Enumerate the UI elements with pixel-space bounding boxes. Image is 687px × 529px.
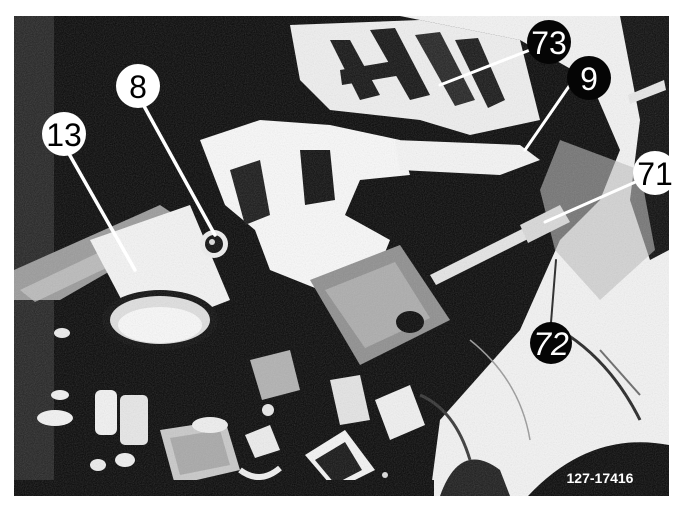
callout-73-label: 73 xyxy=(531,25,567,61)
callout-9: 9 xyxy=(567,56,611,100)
figure-photo: 13 8 73 9 71 72 127-17416 xyxy=(0,0,687,529)
callout-13-label: 13 xyxy=(46,117,82,153)
callout-73: 73 xyxy=(527,20,571,64)
callout-71: 71 xyxy=(633,151,677,195)
figure-id: 127-17416 xyxy=(567,470,634,486)
callout-9-label: 9 xyxy=(580,61,598,97)
callout-71-label: 71 xyxy=(637,156,673,192)
callout-8: 8 xyxy=(116,64,160,108)
callout-72-label: 72 xyxy=(533,326,569,362)
callout-13: 13 xyxy=(42,112,86,156)
callout-72: 72 xyxy=(530,322,572,364)
callout-8-label: 8 xyxy=(129,69,147,105)
